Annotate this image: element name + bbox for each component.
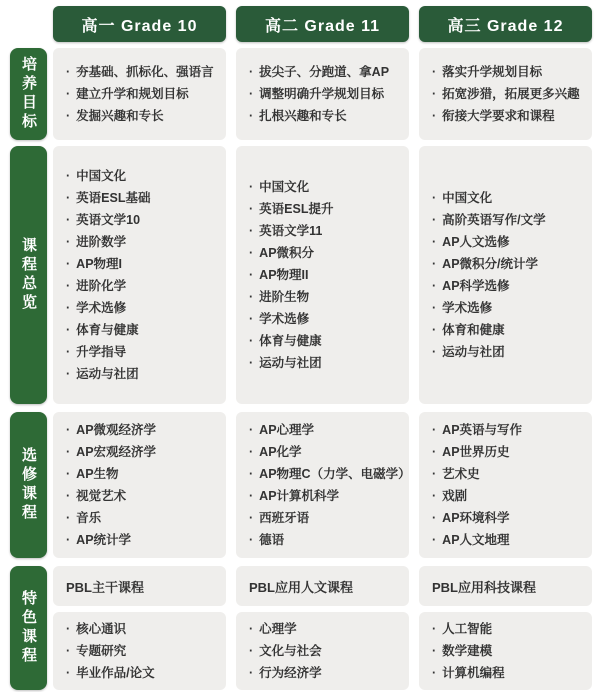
course-item: ·AP人文地理 [432, 529, 586, 551]
bullet-dot-icon: · [66, 165, 70, 187]
bullet-dot-icon: · [66, 640, 70, 662]
cell-electives-grade-11: ·AP心理学·AP化学·AP物理C（力学、电磁学）·AP计算机科学·西班牙语·德… [236, 412, 409, 558]
course-item: ·体育和健康 [432, 319, 586, 341]
bullet-dot-icon: · [249, 441, 253, 463]
course-item-label: 文化与社会 [259, 640, 322, 662]
bullet-dot-icon: · [249, 286, 253, 308]
course-item: ·进阶生物 [249, 286, 403, 308]
bullet-dot-icon: · [432, 105, 436, 127]
row-course-overview: 课程总览·中国文化·英语ESL基础·英语文学10·进阶数学·AP物理I·进阶化学… [10, 146, 592, 404]
course-item: ·视觉艺术 [66, 485, 220, 507]
cell-electives-grade-12: ·AP英语与写作·AP世界历史·艺术史·戏剧·AP环境科学·AP人文地理 [419, 412, 592, 558]
course-item: ·AP物理C（力学、电磁学） [249, 463, 403, 485]
course-item-label: 专题研究 [76, 640, 126, 662]
course-item: ·数学建模 [432, 640, 586, 662]
course-item: ·计算机编程 [432, 662, 586, 684]
row-goals: 培养目标·夯基础、抓标化、强语言·建立升学和规划目标·发掘兴趣和专长·拔尖子、分… [10, 48, 592, 140]
bullet-dot-icon: · [432, 297, 436, 319]
course-item-label: 体育与健康 [259, 330, 322, 352]
bullet-dot-icon: · [249, 83, 253, 105]
cell-featured-grade-10: ·核心通识·专题研究·毕业作品/论文 [53, 612, 226, 690]
bullet-dot-icon: · [66, 319, 70, 341]
bullet-dot-icon: · [66, 253, 70, 275]
bullet-dot-icon: · [432, 529, 436, 551]
curriculum-infographic: 高一 Grade 10 高二 Grade 11 高三 Grade 12 培养目标… [0, 0, 600, 690]
course-item: ·中国文化 [432, 187, 586, 209]
bullet-dot-icon: · [249, 507, 253, 529]
course-item-label: 升学指导 [76, 341, 126, 363]
bullet-dot-icon: · [66, 105, 70, 127]
bullet-dot-icon: · [432, 275, 436, 297]
course-item: ·行为经济学 [249, 662, 403, 684]
course-item-label: 西班牙语 [259, 507, 309, 529]
course-item-label: 英语文学11 [259, 220, 322, 242]
bullet-dot-icon: · [432, 662, 436, 684]
course-item: ·AP世界历史 [432, 441, 586, 463]
course-item-label: AP计算机科学 [259, 485, 339, 507]
bullet-dot-icon: · [249, 662, 253, 684]
row-label-course-overview: 课程总览 [10, 146, 47, 404]
bullet-dot-icon: · [66, 419, 70, 441]
bullet-dot-icon: · [66, 61, 70, 83]
course-item-label: AP人文地理 [442, 529, 509, 551]
course-item-label: 英语文学10 [76, 209, 140, 231]
grade-header-row: 高一 Grade 10 高二 Grade 11 高三 Grade 12 [10, 6, 592, 42]
course-item: ·进阶数学 [66, 231, 220, 253]
course-item: ·AP物理II [249, 264, 403, 286]
cells-electives: ·AP微观经济学·AP宏观经济学·AP生物·视觉艺术·音乐·AP统计学·AP心理… [53, 412, 592, 558]
course-item-label: 调整明确升学规划目标 [259, 83, 384, 105]
cell-featured-grade-12: ·人工智能·数学建模·计算机编程 [419, 612, 592, 690]
course-item-label: 英语ESL基础 [76, 187, 150, 209]
course-item-label: 运动与社团 [442, 341, 505, 363]
course-item-label: 德语 [259, 529, 284, 551]
course-item: ·体育与健康 [66, 319, 220, 341]
course-item-label: 运动与社团 [259, 352, 322, 374]
bullet-dot-icon: · [432, 209, 436, 231]
course-item-label: 艺术史 [442, 463, 480, 485]
course-item-label: AP化学 [259, 441, 301, 463]
course-item-label: 心理学 [259, 618, 297, 640]
course-item: ·拓宽涉猎，拓展更多兴趣 [432, 83, 586, 105]
course-item-label: AP物理C（力学、电磁学） [259, 463, 410, 485]
course-item-label: AP物理I [76, 253, 122, 275]
row-label-featured: 特色课程 [10, 566, 47, 690]
bullet-dot-icon: · [249, 640, 253, 662]
course-item-label: 行为经济学 [259, 662, 322, 684]
course-item-label: 拓宽涉猎，拓展更多兴趣 [442, 83, 580, 105]
course-item: ·建立升学和规划目标 [66, 83, 220, 105]
bullet-dot-icon: · [66, 341, 70, 363]
course-item-label: AP微积分 [259, 242, 314, 264]
course-item-label: 毕业作品/论文 [76, 662, 154, 684]
bullet-dot-icon: · [66, 618, 70, 640]
bullet-dot-icon: · [249, 61, 253, 83]
row-electives: 选修课程·AP微观经济学·AP宏观经济学·AP生物·视觉艺术·音乐·AP统计学·… [10, 412, 592, 558]
cell-course-overview-grade-12: ·中国文化·高阶英语写作/文学·AP人文选修·AP微积分/统计学·AP科学选修·… [419, 146, 592, 404]
header-grade-11: 高二 Grade 11 [236, 6, 409, 42]
course-item: ·英语ESL基础 [66, 187, 220, 209]
course-item: ·落实升学规划目标 [432, 61, 586, 83]
label-column-spacer [10, 6, 53, 42]
bullet-dot-icon: · [249, 242, 253, 264]
bullet-dot-icon: · [432, 507, 436, 529]
bullet-dot-icon: · [66, 209, 70, 231]
course-item: ·进阶化学 [66, 275, 220, 297]
bullet-dot-icon: · [66, 363, 70, 385]
curriculum-grid: 培养目标·夯基础、抓标化、强语言·建立升学和规划目标·发掘兴趣和专长·拔尖子、分… [10, 48, 592, 690]
pbl-subheader-row: PBL主干课程PBL应用人文课程PBL应用科技课程 [53, 566, 592, 606]
bullet-dot-icon: · [249, 105, 253, 127]
course-item: ·扎根兴趣和专长 [249, 105, 403, 127]
bullet-dot-icon: · [66, 275, 70, 297]
course-item-label: 学术选修 [259, 308, 309, 330]
course-item-label: AP人文选修 [442, 231, 509, 253]
bullet-dot-icon: · [66, 187, 70, 209]
bullet-dot-icon: · [66, 83, 70, 105]
course-item-label: 数学建模 [442, 640, 492, 662]
course-item: ·运动与社团 [249, 352, 403, 374]
course-item: ·英语文学11 [249, 220, 403, 242]
bullet-dot-icon: · [432, 253, 436, 275]
course-item-label: AP微积分/统计学 [442, 253, 538, 275]
course-item: ·艺术史 [432, 463, 586, 485]
bullet-dot-icon: · [432, 61, 436, 83]
course-item: ·核心通识 [66, 618, 220, 640]
row-label-electives: 选修课程 [10, 412, 47, 558]
cell-electives-grade-10: ·AP微观经济学·AP宏观经济学·AP生物·视觉艺术·音乐·AP统计学 [53, 412, 226, 558]
course-item: ·AP科学选修 [432, 275, 586, 297]
course-item-label: 音乐 [76, 507, 101, 529]
course-item: ·西班牙语 [249, 507, 403, 529]
bullet-dot-icon: · [66, 441, 70, 463]
course-item-label: 运动与社团 [76, 363, 139, 385]
bullet-dot-icon: · [432, 231, 436, 253]
course-item: ·高阶英语写作/文学 [432, 209, 586, 231]
bullet-dot-icon: · [66, 529, 70, 551]
row-featured: 特色课程PBL主干课程PBL应用人文课程PBL应用科技课程·核心通识·专题研究·… [10, 566, 592, 690]
cell-pbl-grade-11: PBL应用人文课程 [236, 566, 409, 606]
course-item-label: 英语ESL提升 [259, 198, 333, 220]
bullet-dot-icon: · [249, 485, 253, 507]
course-item-label: 夯基础、抓标化、强语言 [76, 61, 214, 83]
course-item: ·AP生物 [66, 463, 220, 485]
course-item: ·德语 [249, 529, 403, 551]
cells-goals: ·夯基础、抓标化、强语言·建立升学和规划目标·发掘兴趣和专长·拔尖子、分跑道、拿… [53, 48, 592, 140]
course-item-label: AP世界历史 [442, 441, 509, 463]
course-item-label: 发掘兴趣和专长 [76, 105, 164, 127]
cell-course-overview-grade-10: ·中国文化·英语ESL基础·英语文学10·进阶数学·AP物理I·进阶化学·学术选… [53, 146, 226, 404]
bullet-dot-icon: · [249, 264, 253, 286]
course-item: ·AP环境科学 [432, 507, 586, 529]
course-item: ·英语ESL提升 [249, 198, 403, 220]
cell-pbl-grade-12: PBL应用科技课程 [419, 566, 592, 606]
course-item: ·AP微观经济学 [66, 419, 220, 441]
bullet-dot-icon: · [249, 176, 253, 198]
cell-course-overview-grade-11: ·中国文化·英语ESL提升·英语文学11·AP微积分·AP物理II·进阶生物·学… [236, 146, 409, 404]
row-label-goals: 培养目标 [10, 48, 47, 140]
bullet-dot-icon: · [249, 419, 253, 441]
course-item-label: 视觉艺术 [76, 485, 126, 507]
course-item: ·文化与社会 [249, 640, 403, 662]
course-item: ·专题研究 [66, 640, 220, 662]
featured-courses-stack: PBL主干课程PBL应用人文课程PBL应用科技课程·核心通识·专题研究·毕业作品… [53, 566, 592, 690]
course-item-label: 中国文化 [442, 187, 492, 209]
course-item-label: 高阶英语写作/文学 [442, 209, 545, 231]
bullet-dot-icon: · [249, 220, 253, 242]
featured-items-row: ·核心通识·专题研究·毕业作品/论文·心理学·文化与社会·行为经济学·人工智能·… [53, 612, 592, 690]
bullet-dot-icon: · [432, 441, 436, 463]
course-item-label: 扎根兴趣和专长 [259, 105, 347, 127]
header-grade-10: 高一 Grade 10 [53, 6, 226, 42]
bullet-dot-icon: · [432, 640, 436, 662]
course-item: ·AP物理I [66, 253, 220, 275]
cell-goals-grade-10: ·夯基础、抓标化、强语言·建立升学和规划目标·发掘兴趣和专长 [53, 48, 226, 140]
course-item: ·调整明确升学规划目标 [249, 83, 403, 105]
bullet-dot-icon: · [432, 187, 436, 209]
pbl-course-label: PBL主干课程 [66, 577, 220, 596]
bullet-dot-icon: · [432, 341, 436, 363]
bullet-dot-icon: · [432, 485, 436, 507]
course-item-label: AP生物 [76, 463, 118, 485]
course-item: ·AP化学 [249, 441, 403, 463]
bullet-dot-icon: · [249, 330, 253, 352]
cells-course-overview: ·中国文化·英语ESL基础·英语文学10·进阶数学·AP物理I·进阶化学·学术选… [53, 146, 592, 404]
course-item: ·心理学 [249, 618, 403, 640]
bullet-dot-icon: · [66, 507, 70, 529]
course-item: ·中国文化 [249, 176, 403, 198]
course-item-label: AP宏观经济学 [76, 441, 156, 463]
course-item-label: 学术选修 [442, 297, 492, 319]
pbl-course-label: PBL应用人文课程 [249, 577, 403, 596]
bullet-dot-icon: · [432, 83, 436, 105]
course-item: ·AP计算机科学 [249, 485, 403, 507]
course-item: ·音乐 [66, 507, 220, 529]
course-item-label: 进阶生物 [259, 286, 309, 308]
header-grade-12: 高三 Grade 12 [419, 6, 592, 42]
course-item-label: 落实升学规划目标 [442, 61, 542, 83]
course-item: ·英语文学10 [66, 209, 220, 231]
course-item: ·AP微积分 [249, 242, 403, 264]
course-item: ·拔尖子、分跑道、拿AP [249, 61, 403, 83]
bullet-dot-icon: · [432, 319, 436, 341]
bullet-dot-icon: · [432, 618, 436, 640]
course-item: ·AP微积分/统计学 [432, 253, 586, 275]
pbl-course-label: PBL应用科技课程 [432, 577, 586, 596]
course-item-label: AP物理II [259, 264, 308, 286]
course-item-label: 拔尖子、分跑道、拿AP [259, 61, 389, 83]
course-item-label: 计算机编程 [442, 662, 505, 684]
bullet-dot-icon: · [249, 529, 253, 551]
course-item: ·毕业作品/论文 [66, 662, 220, 684]
bullet-dot-icon: · [66, 463, 70, 485]
course-item: ·学术选修 [432, 297, 586, 319]
course-item: ·AP心理学 [249, 419, 403, 441]
course-item: ·中国文化 [66, 165, 220, 187]
course-item-label: AP英语与写作 [442, 419, 522, 441]
course-item: ·运动与社团 [432, 341, 586, 363]
course-item-label: 衔接大学要求和课程 [442, 105, 555, 127]
course-item: ·体育与健康 [249, 330, 403, 352]
course-item-label: 进阶数学 [76, 231, 126, 253]
bullet-dot-icon: · [432, 419, 436, 441]
bullet-dot-icon: · [66, 297, 70, 319]
course-item-label: AP统计学 [76, 529, 131, 551]
course-item: ·AP英语与写作 [432, 419, 586, 441]
course-item: ·戏剧 [432, 485, 586, 507]
bullet-dot-icon: · [249, 198, 253, 220]
course-item-label: AP环境科学 [442, 507, 509, 529]
bullet-dot-icon: · [249, 463, 253, 485]
course-item-label: AP科学选修 [442, 275, 509, 297]
course-item-label: 体育和健康 [442, 319, 505, 341]
course-item-label: 进阶化学 [76, 275, 126, 297]
course-item-label: 体育与健康 [76, 319, 139, 341]
course-item: ·学术选修 [66, 297, 220, 319]
bullet-dot-icon: · [249, 308, 253, 330]
course-item: ·学术选修 [249, 308, 403, 330]
course-item-label: 中国文化 [259, 176, 309, 198]
course-item-label: 建立升学和规划目标 [76, 83, 189, 105]
course-item: ·衔接大学要求和课程 [432, 105, 586, 127]
course-item: ·运动与社团 [66, 363, 220, 385]
course-item: ·AP人文选修 [432, 231, 586, 253]
course-item-label: 中国文化 [76, 165, 126, 187]
course-item: ·升学指导 [66, 341, 220, 363]
bullet-dot-icon: · [432, 463, 436, 485]
course-item: ·人工智能 [432, 618, 586, 640]
course-item: ·AP宏观经济学 [66, 441, 220, 463]
bullet-dot-icon: · [66, 662, 70, 684]
cell-featured-grade-11: ·心理学·文化与社会·行为经济学 [236, 612, 409, 690]
course-item: ·AP统计学 [66, 529, 220, 551]
bullet-dot-icon: · [66, 485, 70, 507]
course-item-label: 戏剧 [442, 485, 467, 507]
bullet-dot-icon: · [249, 618, 253, 640]
course-item-label: 人工智能 [442, 618, 492, 640]
course-item-label: 核心通识 [76, 618, 126, 640]
cell-goals-grade-11: ·拔尖子、分跑道、拿AP·调整明确升学规划目标·扎根兴趣和专长 [236, 48, 409, 140]
cell-pbl-grade-10: PBL主干课程 [53, 566, 226, 606]
course-item-label: AP微观经济学 [76, 419, 156, 441]
course-item: ·夯基础、抓标化、强语言 [66, 61, 220, 83]
course-item-label: 学术选修 [76, 297, 126, 319]
course-item: ·发掘兴趣和专长 [66, 105, 220, 127]
bullet-dot-icon: · [249, 352, 253, 374]
cell-goals-grade-12: ·落实升学规划目标·拓宽涉猎，拓展更多兴趣·衔接大学要求和课程 [419, 48, 592, 140]
bullet-dot-icon: · [66, 231, 70, 253]
course-item-label: AP心理学 [259, 419, 314, 441]
